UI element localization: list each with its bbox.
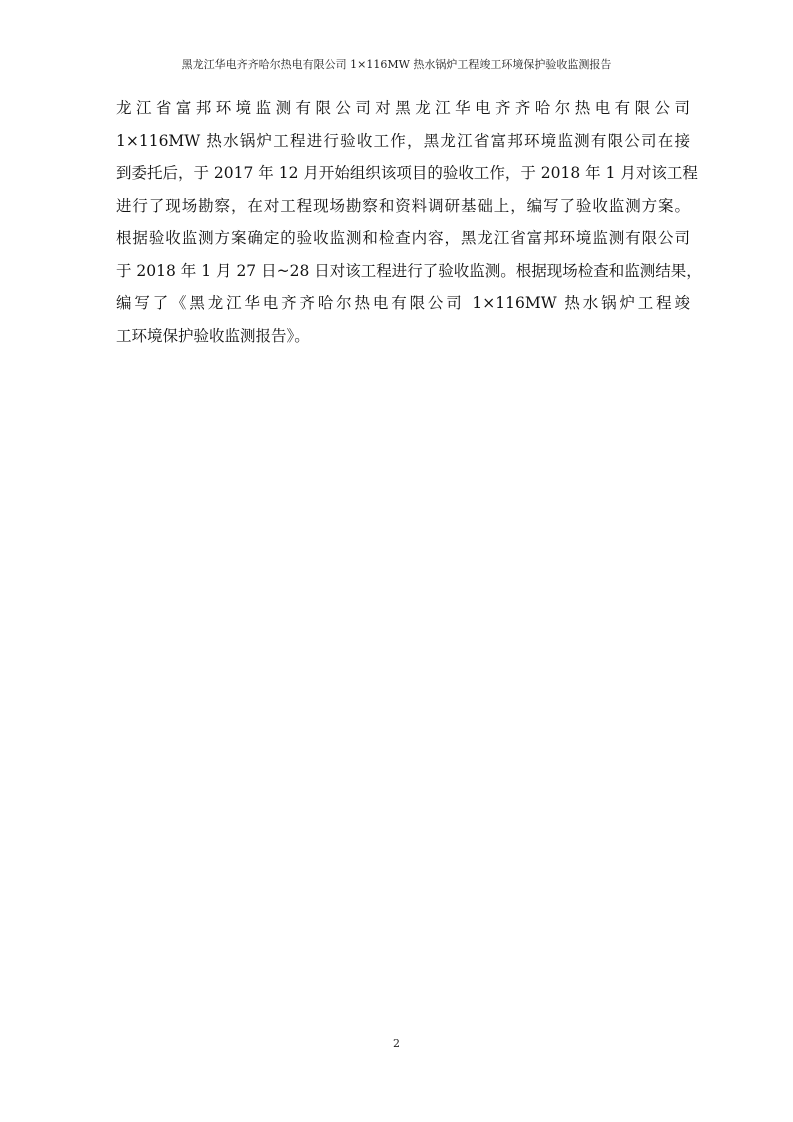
- page-number: 2: [0, 1037, 793, 1050]
- paragraph-line: 1×116MW 热水锅炉工程进行验收工作，黑龙江省富邦环境监测有限公司在接: [116, 125, 690, 158]
- running-header: 黑龙江华电齐齐哈尔热电有限公司 1×116MW 热水锅炉工程竣工环境保护验收监测…: [0, 56, 793, 72]
- paragraph-line: 进行了现场勘察，在对工程现场勘察和资料调研基础上，编写了验收监测方案。: [116, 190, 690, 223]
- paragraph-line: 于 2018 年 1 月 27 日~28 日对该工程进行了验收监测。根据现场检查…: [116, 255, 690, 288]
- paragraph-line: 工环境保护验收监测报告》。: [116, 320, 690, 353]
- paragraph-line: 龙江省富邦环境监测有限公司对黑龙江华电齐齐哈尔热电有限公司: [116, 92, 690, 125]
- paragraph-line: 根据验收监测方案确定的验收监测和检查内容，黑龙江省富邦环境监测有限公司: [116, 222, 690, 255]
- paragraph-line: 编写了《黑龙江华电齐齐哈尔热电有限公司 1×116MW 热水锅炉工程竣: [116, 287, 690, 320]
- body-paragraph: 龙江省富邦环境监测有限公司对黑龙江华电齐齐哈尔热电有限公司 1×116MW 热水…: [116, 92, 690, 352]
- paragraph-line: 到委托后，于 2017 年 12 月开始组织该项目的验收工作，于 2018 年 …: [116, 157, 690, 190]
